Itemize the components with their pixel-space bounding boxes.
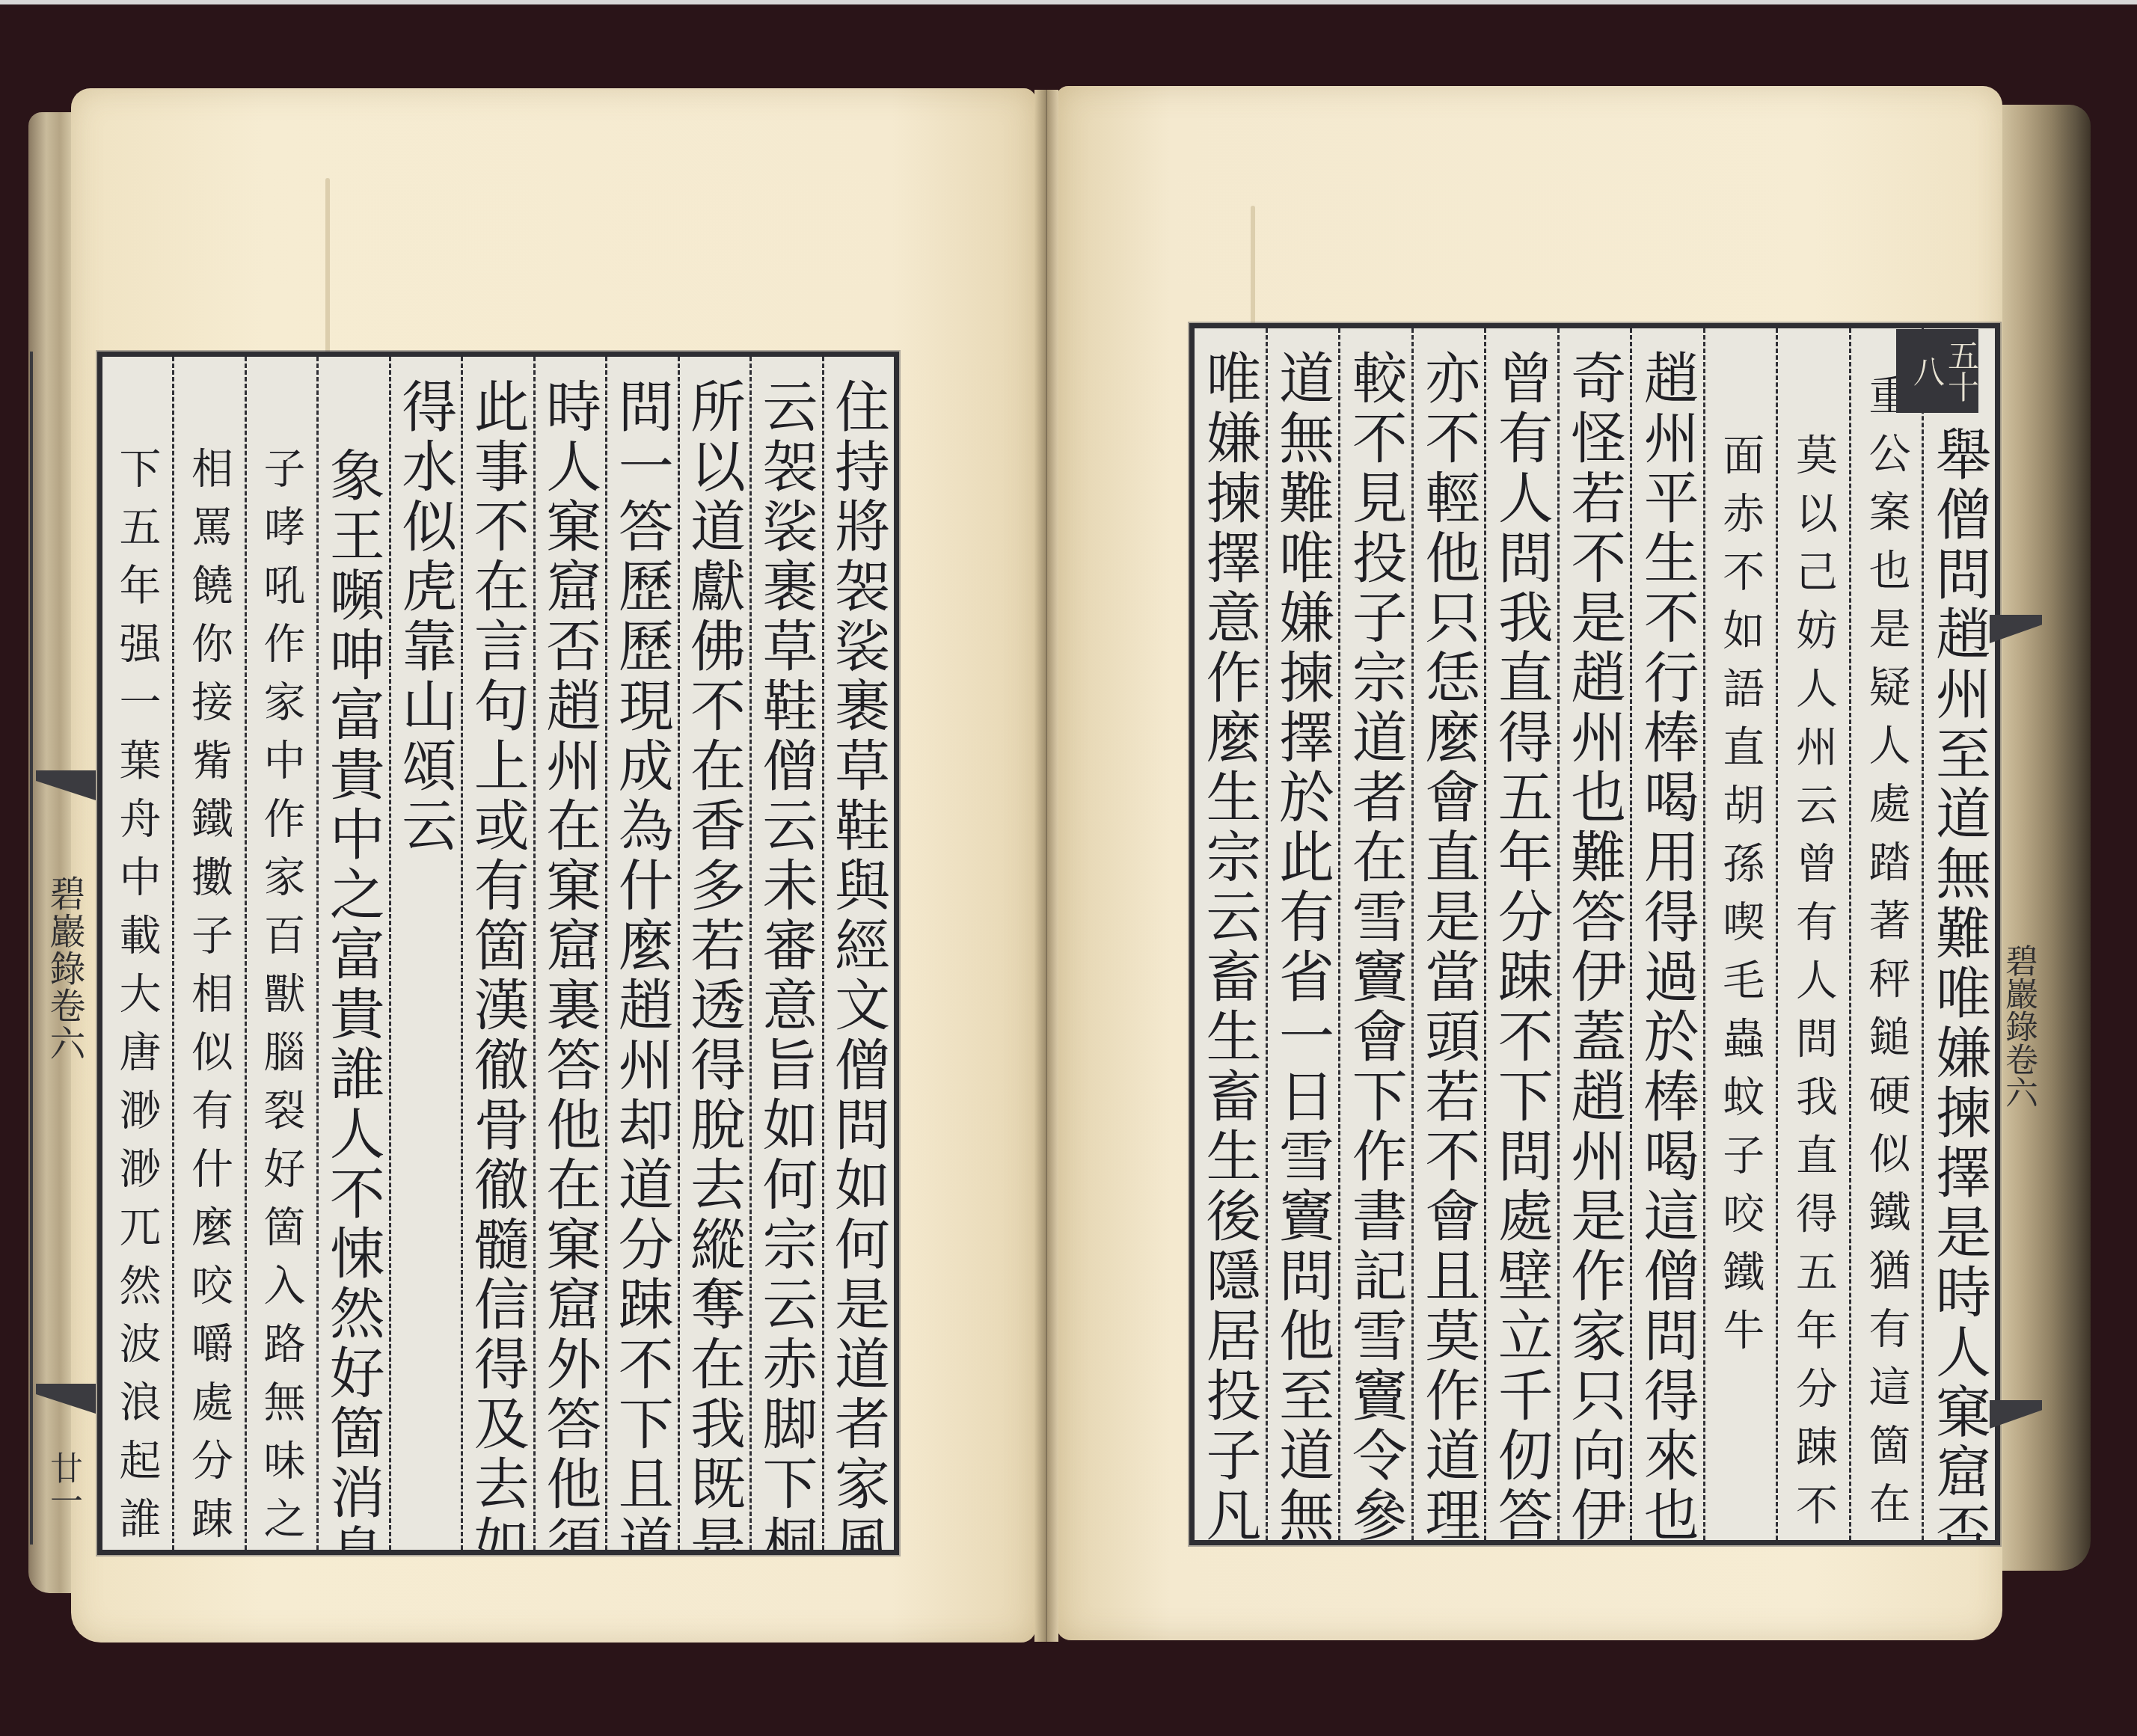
text-column: 得水似虎靠山頌云	[389, 357, 461, 1550]
right-margin-title: 碧巖錄卷六	[1994, 944, 2042, 1108]
text-column: 曾有人問我直得五年分踈不下問處壁立千仞答處	[1484, 328, 1557, 1540]
text-column: 道無難唯嫌揀擇於此有省一日雪竇問他至道無難	[1266, 328, 1339, 1540]
fishtail-mark-icon	[1990, 615, 2042, 643]
text-column: 奇怪若不是趙州也難答伊蓋趙州是作家只向伊道	[1557, 328, 1631, 1540]
commentary-column: 莫以己妨人州云曾有人問我直得五年分踈不下	[1776, 328, 1849, 1540]
text-column: 趙州平生不行棒喝用得過於棒喝這僧問得來也甚	[1630, 328, 1703, 1540]
text-column: 此事不在言句上或有箇漢徹骨徹髓信得及去如龍	[461, 357, 533, 1550]
worm-damage	[325, 178, 330, 358]
verse-column: 象王嚬呻富貴中之富貴誰人不悚然好箇消息獅	[316, 357, 388, 1550]
text-column: 時人窠窟否趙州在窠窟裏答他在窠窟外答他須知	[533, 357, 605, 1550]
left-margin-page-number: 廿一	[39, 1451, 87, 1517]
text-column: 云袈裟裹草鞋僧云未審意旨如何宗云赤脚下桐城	[749, 357, 821, 1550]
verse-column: 相罵饒你接觜鐵擻子相似有什麼咬嚼處分踈不	[172, 357, 244, 1550]
text-column: 亦不輕他只恁麼會直是當頭若不會且莫作道理計	[1411, 328, 1485, 1540]
text-column: 問一答歷歷現成為什麼趙州却道分踈不下且道是	[605, 357, 677, 1550]
case-number-tag: 五十八	[1896, 329, 1978, 413]
scan-top-border	[0, 0, 2137, 4]
text-column: 所以道獻佛不在香多若透得脫去縱奪在我既是一	[678, 357, 749, 1550]
verse-column: 子哮吼作家中作家百獸腦裂好箇入路無味之談	[245, 357, 316, 1550]
book-gutter	[1034, 90, 1058, 1642]
right-page-fold-margin: 碧巖錄卷六	[1990, 323, 2042, 1535]
fishtail-mark-icon	[1990, 1400, 2042, 1429]
commentary-column: 重公案也是疑人處踏著秤鎚硬似鐵猶有這箇在	[1849, 328, 1922, 1540]
right-text-block: 舉僧問趙州至道無難唯嫌揀擇是時人窠窟否兩 重公案也是疑人處踏著秤鎚硬似鐵猶有這箇…	[1189, 323, 2000, 1545]
text-column: 住持將袈裟裹草鞋與經文僧問如何是道者家風宗	[822, 357, 894, 1550]
text-column: 較不見投子宗道者在雪竇會下作書記雪竇令參至	[1338, 328, 1411, 1540]
fishtail-mark-icon	[36, 770, 96, 800]
verse-column: 下五年强一葉舟中載大唐渺渺兀然波浪起誰知	[102, 357, 172, 1550]
left-page-fold-margin: 碧巖錄卷六 廿一	[30, 352, 100, 1545]
left-text-block: 住持將袈裟裹草鞋與經文僧問如何是道者家風宗 云袈裟裹草鞋僧云未審意旨如何宗云赤脚…	[97, 352, 899, 1555]
left-margin-title: 碧巖錄卷六	[39, 875, 91, 1062]
commentary-column: 面赤不如語直胡孫喫毛蟲蚊子咬鐵牛	[1703, 328, 1776, 1540]
text-column: 唯嫌揀擇意作麼生宗云畜生畜生後隱居投子凡去	[1195, 328, 1266, 1540]
text-column: 舉僧問趙州至道無難唯嫌揀擇是時人窠窟否兩	[1922, 328, 1995, 1540]
fishtail-mark-icon	[36, 1384, 96, 1414]
